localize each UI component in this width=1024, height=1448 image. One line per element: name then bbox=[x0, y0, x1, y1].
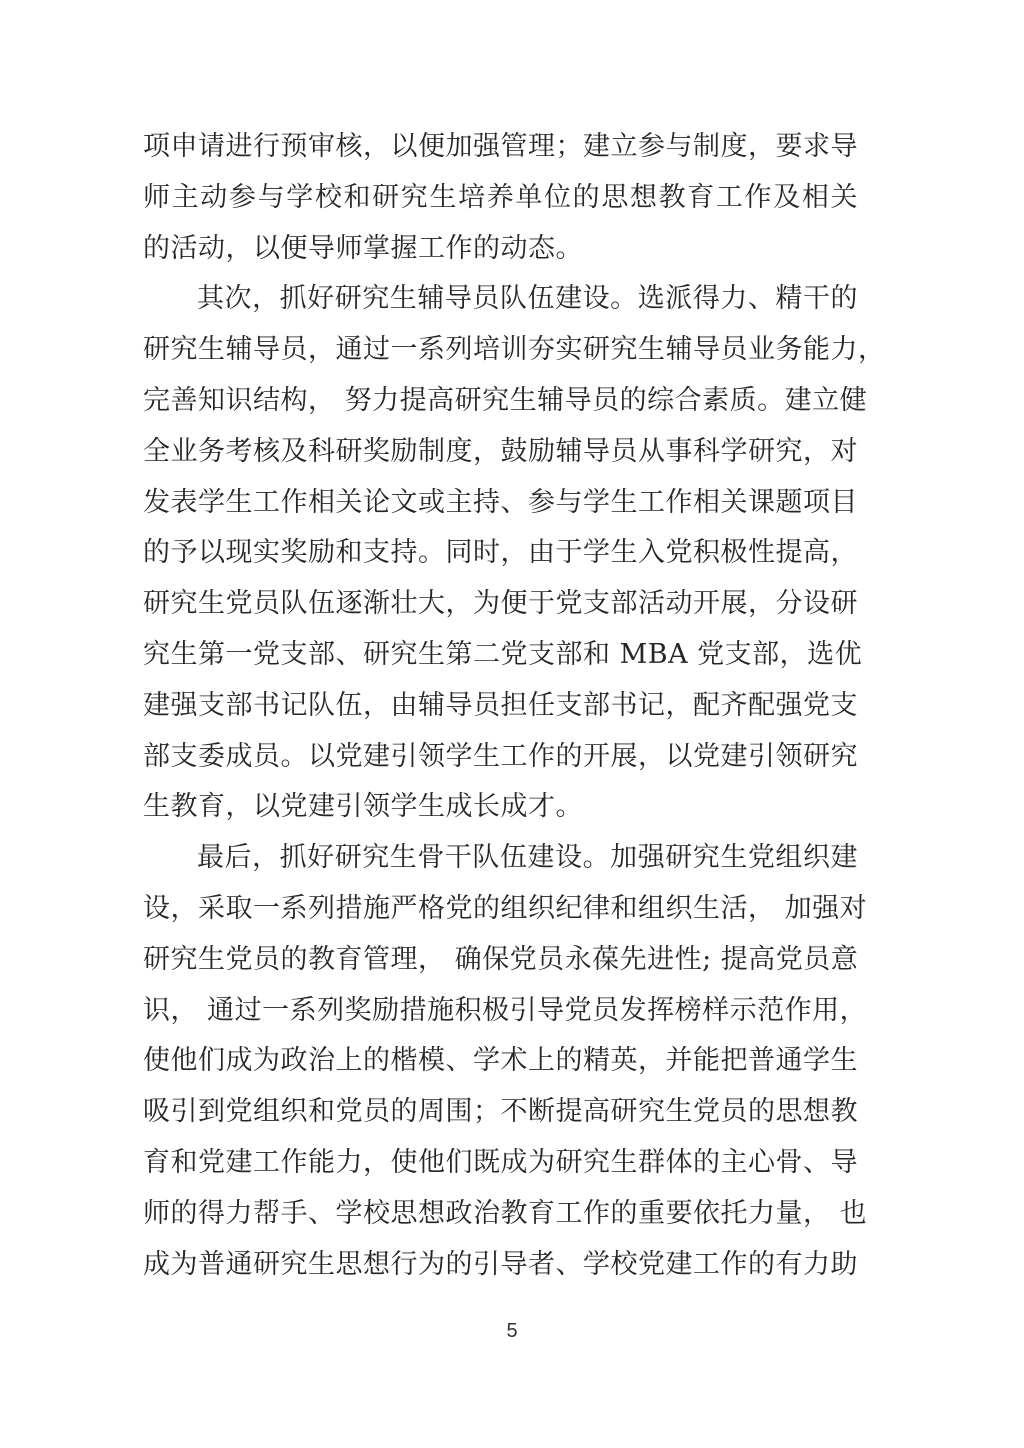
text-line: 设，采取一系列措施严格党的组织纪律和组织生活， 加强对 bbox=[143, 884, 858, 935]
paragraph: 最后，抓好研究生骨干队伍建设。加强研究生党组织建设，采取一系列措施严格党的组织纪… bbox=[143, 833, 858, 1290]
document-page: 项申请进行预审核，以便加强管理；建立参与制度，要求导师主动参与学校和研究生培养单… bbox=[0, 0, 1024, 1448]
page-number: 5 bbox=[506, 1320, 517, 1342]
text-line: 成为普通研究生思想行为的引导者、学校党建工作的有力助 bbox=[143, 1240, 858, 1291]
text-line: 全业务考核及科研奖励制度，鼓励辅导员从事科学研究，对 bbox=[143, 427, 858, 478]
text-line: 的活动，以便导师掌握工作的动态。 bbox=[143, 224, 858, 275]
text-line: 完善知识结构， 努力提高研究生辅导员的综合素质。建立健 bbox=[143, 376, 858, 427]
text-line: 究生第一党支部、研究生第二党支部和 MBA 党支部，选优 bbox=[143, 630, 858, 681]
text-line: 识， 通过一系列奖励措施积极引导党员发挥榜样示范作用， bbox=[143, 986, 858, 1037]
text-line: 研究生党员队伍逐渐壮大，为便于党支部活动开展，分设研 bbox=[143, 579, 858, 630]
text-block: 项申请进行预审核，以便加强管理；建立参与制度，要求导师主动参与学校和研究生培养单… bbox=[143, 122, 858, 1290]
text-line: 项申请进行预审核，以便加强管理；建立参与制度，要求导 bbox=[143, 122, 858, 173]
paragraph: 项申请进行预审核，以便加强管理；建立参与制度，要求导师主动参与学校和研究生培养单… bbox=[143, 122, 858, 274]
text-line: 建强支部书记队伍，由辅导员担任支部书记，配齐配强党支 bbox=[143, 681, 858, 732]
text-line: 发表学生工作相关论文或主持、参与学生工作相关课题项目 bbox=[143, 478, 858, 529]
text-line: 最后，抓好研究生骨干队伍建设。加强研究生党组织建 bbox=[143, 833, 858, 884]
text-line: 研究生辅导员，通过一系列培训夯实研究生辅导员业务能力， bbox=[143, 325, 858, 376]
text-line: 的予以现实奖励和支持。同时，由于学生入党积极性提高， bbox=[143, 528, 858, 579]
text-line: 师主动参与学校和研究生培养单位的思想教育工作及相关 bbox=[143, 173, 858, 224]
text-line: 部支委成员。以党建引领学生工作的开展，以党建引领研究 bbox=[143, 732, 858, 783]
text-line: 师的得力帮手、学校思想政治教育工作的重要依托力量， 也 bbox=[143, 1189, 858, 1240]
page-footer: 5 bbox=[0, 1320, 1024, 1343]
text-line: 其次，抓好研究生辅导员队伍建设。选派得力、精干的 bbox=[143, 274, 858, 325]
text-line: 使他们成为政治上的楷模、学术上的精英，并能把普通学生 bbox=[143, 1036, 858, 1087]
text-line: 育和党建工作能力，使他们既成为研究生群体的主心骨、导 bbox=[143, 1138, 858, 1189]
text-line: 吸引到党组织和党员的周围；不断提高研究生党员的思想教 bbox=[143, 1087, 858, 1138]
paragraph: 其次，抓好研究生辅导员队伍建设。选派得力、精干的研究生辅导员，通过一系列培训夯实… bbox=[143, 274, 858, 833]
text-line: 研究生党员的教育管理， 确保党员永葆先进性; 提高党员意 bbox=[143, 935, 858, 986]
text-line: 生教育，以党建引领学生成长成才。 bbox=[143, 782, 858, 833]
